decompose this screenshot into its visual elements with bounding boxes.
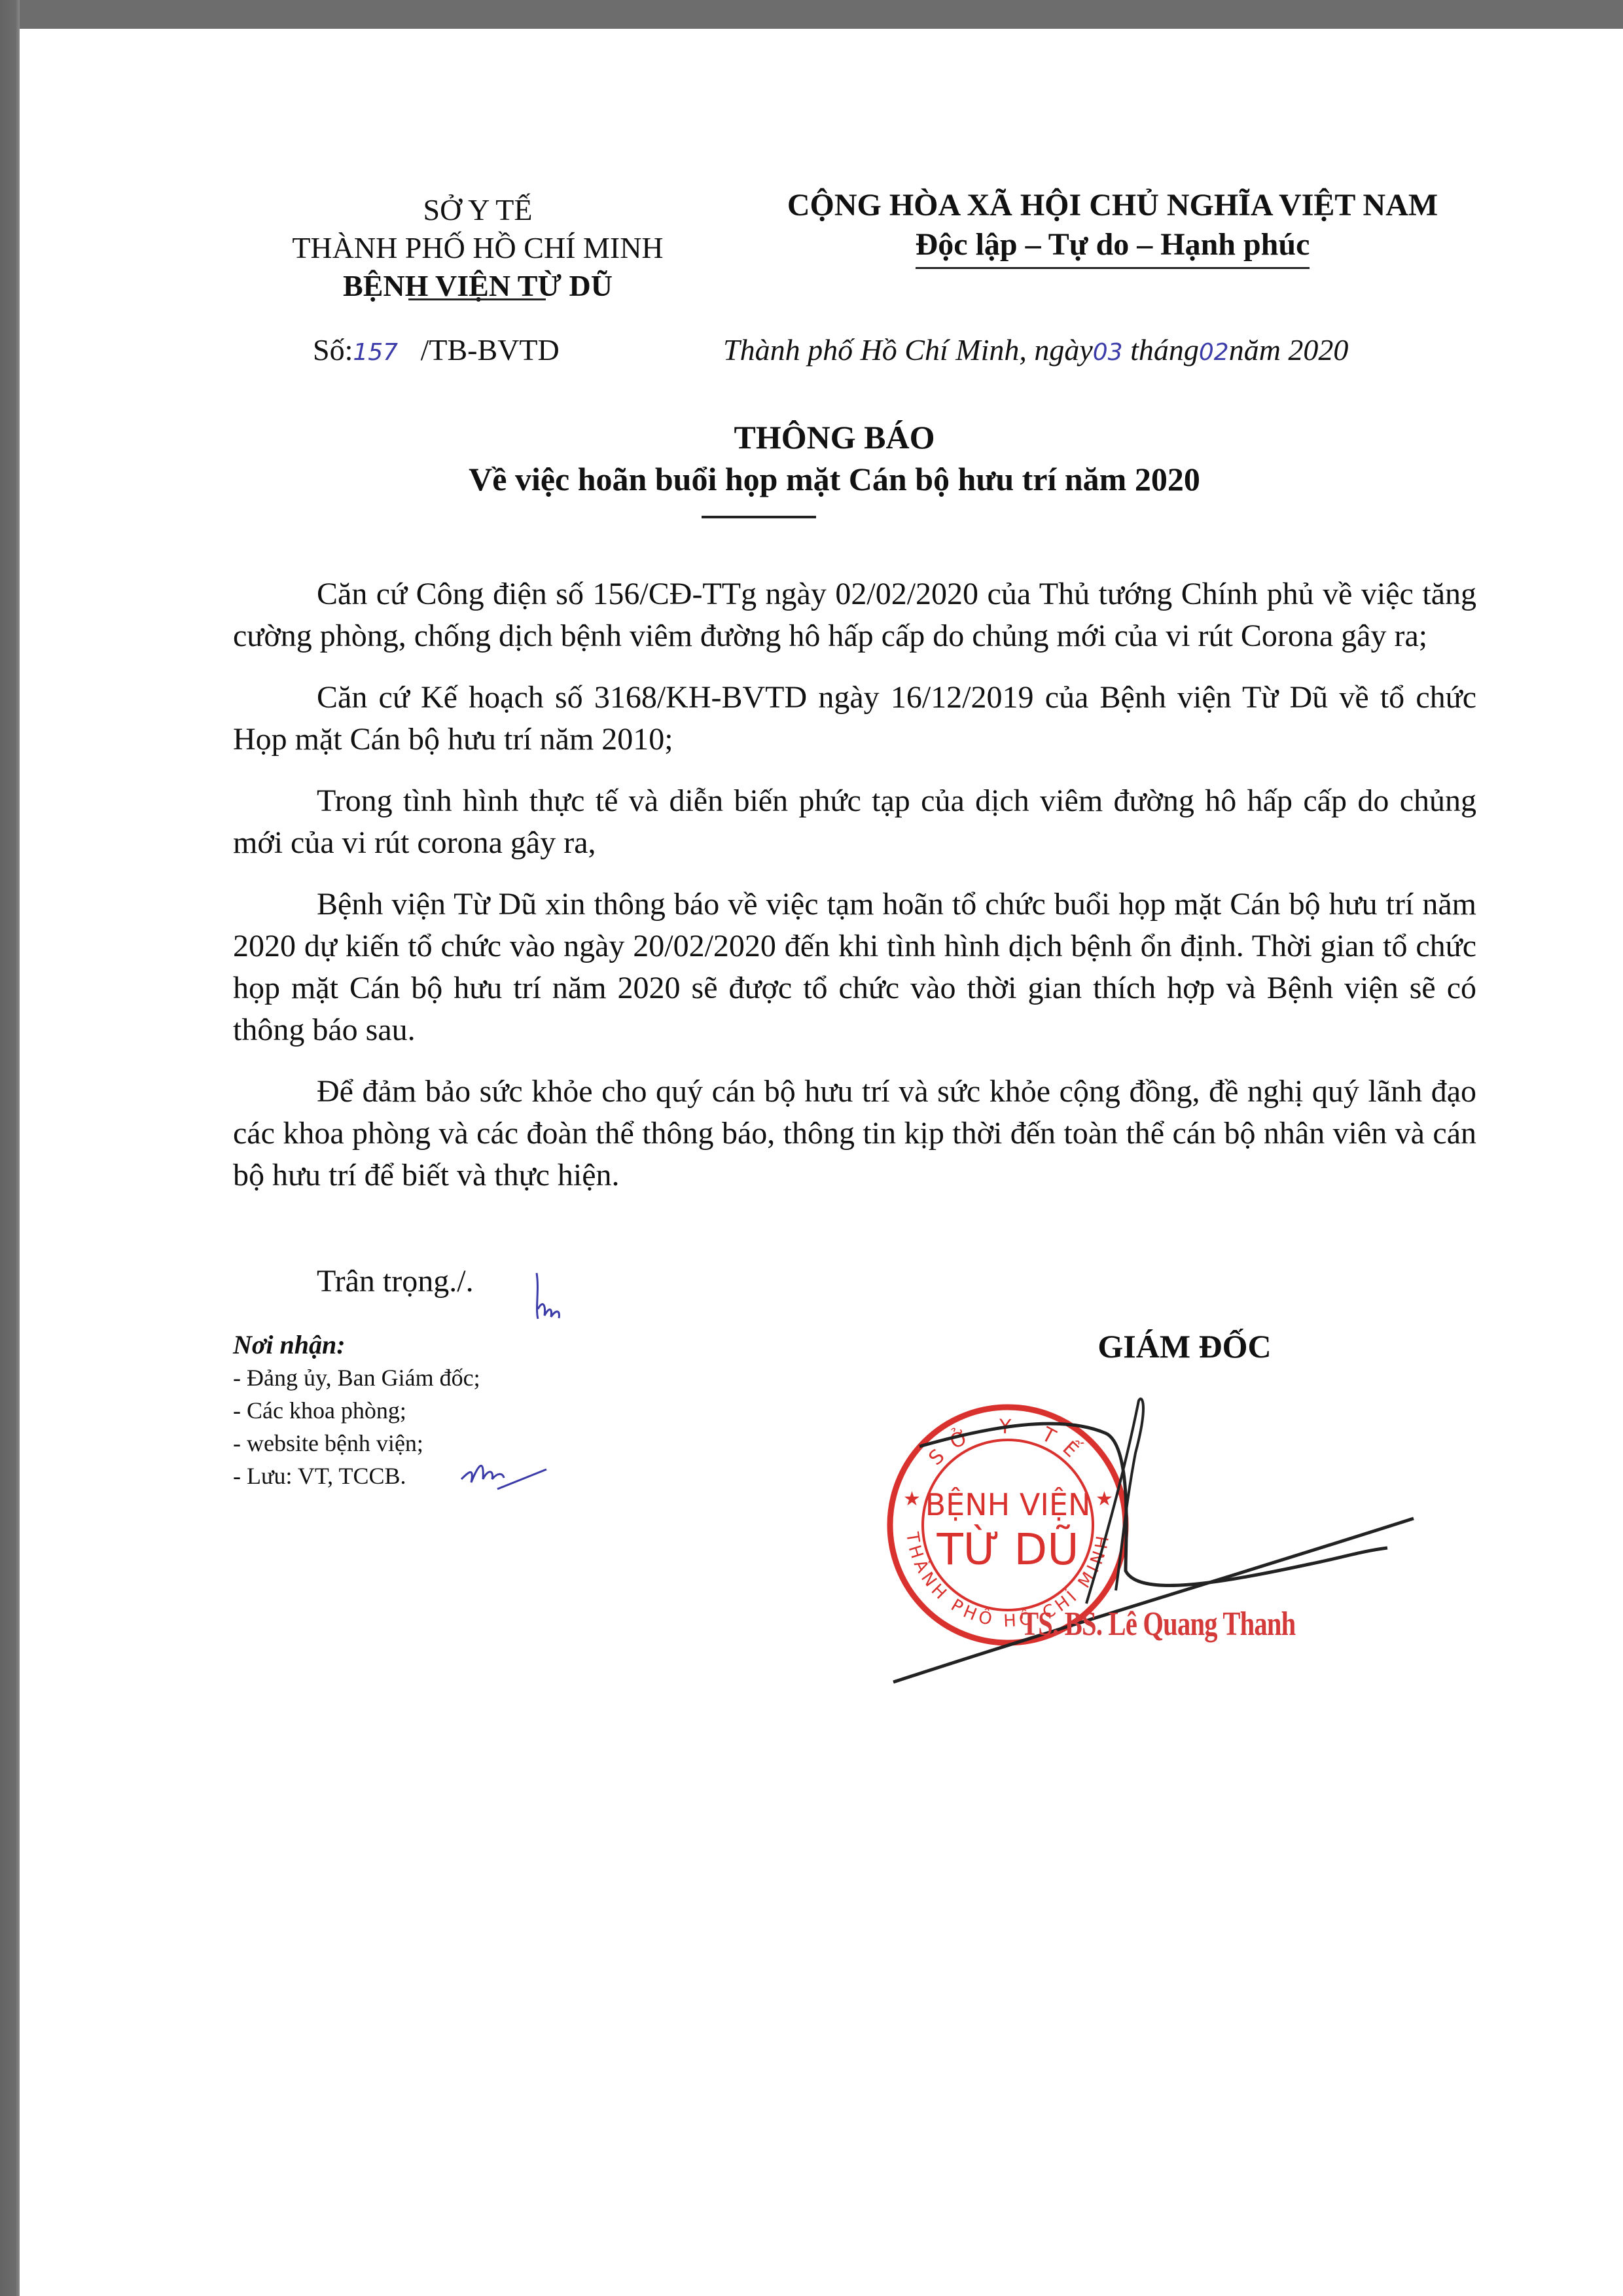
recipient-item: - Các khoa phòng;: [233, 1394, 480, 1427]
date-place: Thành phố Hồ Chí Minh, ngày: [723, 333, 1093, 367]
recipients-heading: Nơi nhận:: [233, 1329, 480, 1361]
body-paragraph: Để đảm bảo sức khỏe cho quý cán bộ hưu t…: [233, 1071, 1476, 1196]
doc-number-handwritten: 157: [353, 339, 398, 366]
body-paragraph: Căn cứ Kế hoạch số 3168/KH-BVTD ngày 16/…: [233, 677, 1476, 761]
agency-underline: [408, 298, 546, 300]
closing-salutation: Trân trọng./.: [317, 1263, 474, 1299]
scan-border-top: [0, 0, 1623, 30]
document-title-block: THÔNG BÁO Về việc hoãn buổi họp mặt Cán …: [249, 416, 1420, 500]
recipient-item: - website bệnh viện;: [233, 1427, 480, 1460]
recipients-block: Nơi nhận: - Đảng ủy, Ban Giám đốc; - Các…: [233, 1329, 480, 1492]
body-paragraph: Bệnh viện Từ Dũ xin thông báo về việc tạ…: [233, 884, 1476, 1051]
nation-name: CỘNG HÒA XÃ HỘI CHỦ NGHĨA VIỆT NAM: [713, 186, 1512, 225]
body-paragraph: Trong tình hình thực tế và diễn biến phứ…: [233, 780, 1476, 864]
director-signature-icon: [890, 1374, 1479, 1702]
date-year: năm 2020: [1229, 333, 1349, 367]
recipient-item: - Đảng ủy, Ban Giám đốc;: [233, 1361, 480, 1394]
date-month-label: tháng: [1130, 333, 1199, 367]
agency-line-2: THÀNH PHỐ HỒ CHÍ MINH: [249, 229, 707, 267]
issuing-agency-block: SỞ Y TẾ THÀNH PHỐ HỒ CHÍ MINH BỆNH VIỆN …: [249, 191, 707, 305]
doc-number-suffix: /TB-BVTD: [421, 333, 560, 367]
doc-number-prefix: Số:: [313, 333, 353, 367]
body-paragraph: Căn cứ Công điện số 156/CĐ-TTg ngày 02/0…: [233, 573, 1476, 657]
national-header-block: CỘNG HÒA XÃ HỘI CHỦ NGHĨA VIỆT NAM Độc l…: [713, 186, 1512, 269]
date-month: 02: [1199, 339, 1229, 366]
document-subject: Về việc hoãn buổi họp mặt Cán bộ hưu trí…: [249, 458, 1420, 500]
document-title: THÔNG BÁO: [249, 416, 1420, 458]
signer-title: GIÁM ĐỐC: [1060, 1327, 1309, 1365]
handwritten-initial-icon: [458, 1453, 550, 1492]
agency-line-1: SỞ Y TẾ: [249, 191, 707, 229]
date-day: 03: [1093, 339, 1123, 366]
handwritten-initial-icon: [530, 1270, 569, 1322]
date-line: Thành phố Hồ Chí Minh, ngày03 tháng02năm…: [723, 332, 1348, 367]
recipient-item: - Lưu: VT, TCCB.: [233, 1460, 480, 1492]
document-number: Số:157 /TB-BVTD: [313, 332, 560, 367]
signer-name: TS. BS. Lê Quang Thanh: [1021, 1605, 1295, 1643]
national-motto: Độc lập – Tự do – Hạnh phúc: [916, 225, 1310, 269]
title-underline: [702, 516, 816, 518]
document-body: Căn cứ Công điện số 156/CĐ-TTg ngày 02/0…: [233, 573, 1476, 1216]
scan-border-left: [0, 0, 20, 2296]
